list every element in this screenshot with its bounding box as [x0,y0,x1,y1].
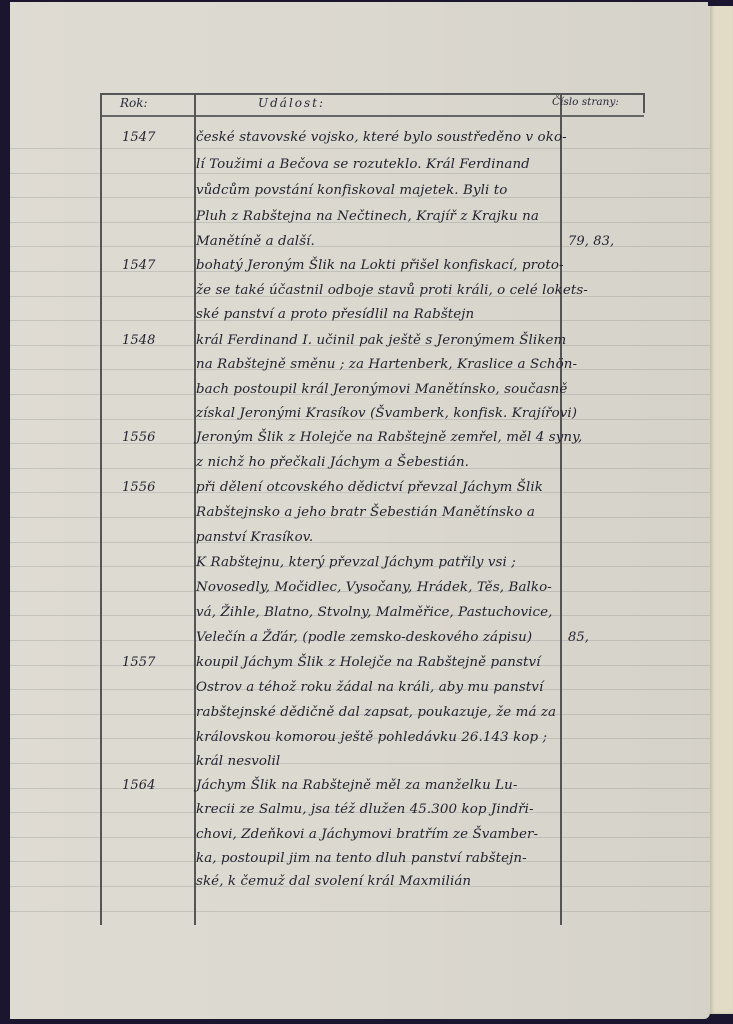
header-event: Událost: [258,96,325,110]
entry-text-line: získal Jeronými Krasíkov (Švamberk, konf… [196,406,577,421]
entry-text-line: vůdcům povstání konfiskoval majetek. Byl… [196,183,507,198]
entry-text-line: ské, k čemuž dal svolení král Maxmilián [196,874,471,889]
entry-text-line: koupil Jáchym Šlik z Holejče na Rabštejn… [196,655,541,670]
entry-text-line: Pluh z Rabštejna na Nečtinech, Krajíř z … [196,209,539,224]
entry-text-line: Manětíně a další. [196,234,315,249]
entry-page-ref: 79, 83, [568,234,614,249]
entry-text-line: král Ferdinand I. učinil pak ještě s Jer… [196,333,566,348]
entry-text-line: na Rabštejně směnu ; za Hartenberk, Kras… [196,357,577,372]
entry-text-line: bach postoupil král Jeronýmovi Manětínsk… [196,382,567,397]
header-page-number: Číslo strany: [552,96,619,108]
page-column-divider [560,93,562,925]
scan-background [708,0,733,6]
entry-text-line: K Rabštejnu, který převzal Jáchym patřil… [196,555,516,570]
entry-text-line: ské panství a proto přesídlil na Rabštej… [196,307,474,322]
entry-text-line: vá, Žihle, Blatno, Stvolny, Malměřice, P… [196,605,552,620]
table-top-border [100,93,644,95]
entry-text-line: Jáchym Šlik na Rabštejně měl za manželku… [196,778,518,793]
header-divider [100,115,644,117]
entry-text-line: královskou komorou ještě pohledávku 26.1… [196,730,547,745]
entry-text-line: české stavovské vojsko, které bylo soust… [196,130,567,145]
entry-text-line: král nesvolil [196,754,280,769]
entry-year: 1564 [122,778,155,793]
entry-text-line: Ostrov a téhož roku žádal na králi, aby … [196,680,543,695]
header-year: Rok: [120,96,148,110]
entry-year: 1547 [122,258,155,273]
entry-text-line: Jeroným Šlik z Holejče na Rabštejně zemř… [196,430,582,445]
entry-page-ref: 85, [568,630,589,645]
entry-text-line: panství Krasíkov. [196,530,313,545]
entry-text-line: Velečín a Žďár, (podle zemsko-deskového … [196,630,532,645]
entry-text-line: ka, postoupil jim na tento dluh panství … [196,851,527,866]
entry-text-line: lí Toužimi a Bečova se rozuteklo. Král F… [196,157,530,172]
entry-text-line: rabštejnské dědičně dal zapsat, poukazuj… [196,705,556,720]
entry-text-line: chovi, Zdeňkovi a Jáchymovi bratřím ze Š… [196,827,538,842]
entry-text-line: že se také účastnil odboje stavů proti k… [196,283,588,298]
entry-year: 1557 [122,655,155,670]
entry-text-line: při dělení otcovského dědictví převzal J… [196,480,543,495]
entry-text-line: Rabštejnsko a jeho bratr Šebestián Manět… [196,505,535,520]
entry-text-line: bohatý Jeroným Šlik na Lokti přišel konf… [196,258,564,273]
entry-year: 1547 [122,130,155,145]
entry-year: 1556 [122,480,155,495]
entry-year: 1548 [122,333,155,348]
entry-text-line: z nichž ho přečkali Jáchym a Šebestián. [196,455,469,470]
table-left-border [100,93,102,925]
page-edge [710,4,733,1014]
entry-text-line: krecii ze Salmu, jsa též dlužen 45.300 k… [196,802,534,817]
entry-year: 1556 [122,430,155,445]
table-right-border [643,93,645,113]
entry-text-line: Novosedly, Močidlec, Vysočany, Hrádek, T… [196,580,552,595]
scanned-document: Rok: Událost: Číslo strany: 1547 české s… [0,0,733,1024]
